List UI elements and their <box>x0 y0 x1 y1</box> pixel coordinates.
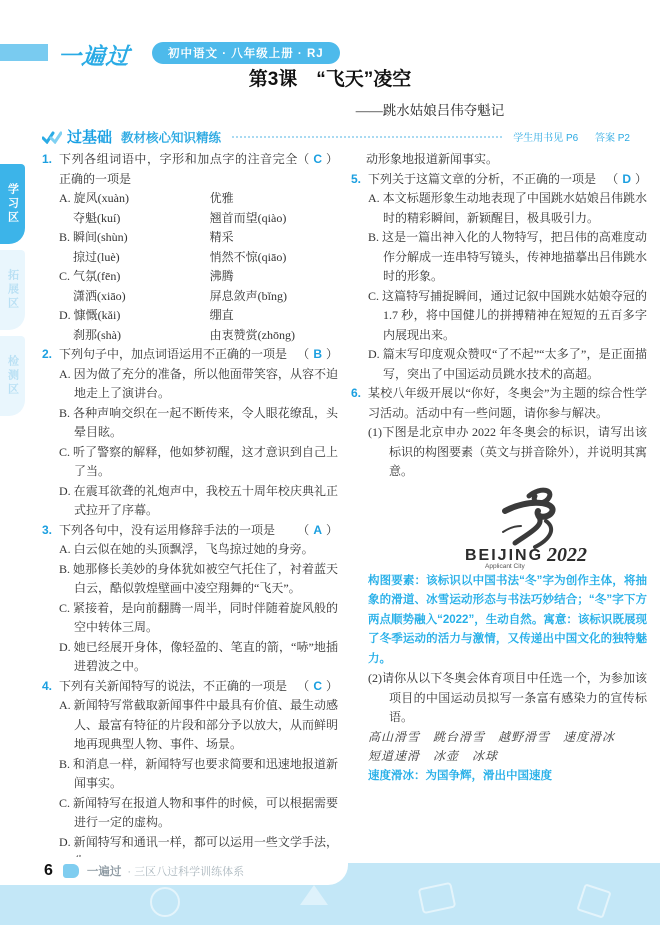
option-b: B. 她那修长美妙的身体犹如被空气托住了，衬着蓝天白云，酷似敦煌壁画中凌空翔舞的… <box>59 560 338 599</box>
option-row: 潇洒(xiāo)屏息敛声(bǐng) <box>59 287 338 307</box>
section-desc: 教材核心知识精练 <box>121 128 221 146</box>
option-b: B. 和消息一样，新闻特写也要求简要和迅速地报道新闻事实。 <box>59 755 338 794</box>
sidebar-tab-test-zone: 检测区 <box>0 336 25 416</box>
option-row: D. 慷慨(kǎi)绷直 <box>59 306 338 326</box>
question-4-continuation: 动形象地报道新闻事实。 <box>351 150 647 170</box>
header-decor-strip <box>0 44 48 61</box>
option-a: A. 新闻特写常截取新闻事件中最具有价值、最生动感人、最富有特征的片段和部分予以… <box>59 696 338 755</box>
sports-list-line-2: 短道速滑 冰壶 冰球 <box>368 747 647 767</box>
printed-answer-1: 构图要素：该标识以中国书法“冬”字为创作主体，将抽象的滑道、冰雪运动形态与书法巧… <box>368 572 647 670</box>
option-row: B. 瞬间(shùn)精采 <box>59 228 338 248</box>
option-d: D. 篇末写印度观众赞叹“了不起”“太多了”，是正面描写，突出了中国运动员跳水技… <box>368 345 647 384</box>
doodle-book <box>418 882 457 915</box>
answer-label: 答案 <box>595 133 615 144</box>
lesson-subtitle: ——跳水姑娘吕伟夺魁记 <box>0 99 660 119</box>
sidebar-tab-study-zone: 学习区 <box>0 164 25 244</box>
option-c: C. 这篇特写捕捉瞬间，通过记叙中国跳水姑娘夺冠的 1.7 秒，将中国健儿的拼搏… <box>368 287 647 346</box>
question-number: 5. <box>351 170 361 190</box>
question-6-part-1: (1)下图是北京申办 2022 年冬奥会的标识，请写出该标识的构图要素（英文与拼… <box>368 423 647 482</box>
question-1: 1. （C） 下列各组词语中，字形和加点字的注音完全正确的一项是 A. 旋风(x… <box>42 150 338 345</box>
question-stem: （A） 下列各句中，没有运用修辞手法的一项是 <box>59 521 338 541</box>
lesson-title: 第3课 “飞天”凌空 <box>0 64 660 91</box>
answer-choice: （B） <box>297 345 338 365</box>
doodle-circle <box>150 887 180 917</box>
question-6-part-2: (2)请你从以下冬奥会体育项目中任选一个，为参加该项目的中国运动员拟写一条富有感… <box>368 669 647 728</box>
right-column: 动形象地报道新闻事实。 5. （D） 下列关于这篇文章的分析，不正确的一项是 A… <box>351 150 647 859</box>
printed-answer-2: 速度滑冰：为国争辉，滑出中国速度 <box>368 767 647 787</box>
question-3: 3. （A） 下列各句中，没有运用修辞手法的一项是 A. 白云似在她的头顶飘浮，… <box>42 521 338 677</box>
dotted-leader <box>232 135 502 138</box>
option-row: C. 气氛(fēn)沸腾 <box>59 267 338 287</box>
option-d: D. 在震耳欲聋的礼炮声中，我校五十周年校庆典礼正式拉开了序幕。 <box>59 482 338 521</box>
brand-mark-icon <box>63 864 79 878</box>
question-number: 3. <box>42 521 52 541</box>
question-6: 6. 某校八年级开展以“你好，冬奥会”为主题的综合性学习活动。活动中有一些问题，… <box>351 384 647 786</box>
question-5: 5. （D） 下列关于这篇文章的分析，不正确的一项是 A. 本文标题形象生动地表… <box>351 170 647 385</box>
doodle-triangle <box>300 885 328 905</box>
option-d: D. 她已经展开身体，像轻盈的、笔直的箭，“哧”地插进碧波之中。 <box>59 638 338 677</box>
section-title: 过基础 <box>67 126 112 147</box>
lesson-subtitle-text: ——跳水姑娘吕伟夺魁记 <box>356 99 505 119</box>
student-book-page: P6 <box>566 133 578 144</box>
answer-choice: （C） <box>297 677 338 697</box>
question-4: 4. （C） 下列有关新闻特写的说法，不正确的一项是 A. 新闻特写常截取新闻事… <box>42 677 338 872</box>
question-stem: （C） 下列各组词语中，字形和加点字的注音完全正确的一项是 <box>59 150 338 189</box>
option-b: B. 这是一篇出神入化的人物特写，把吕伟的高难度动作分解成一连串特写镜头，传神地… <box>368 228 647 287</box>
beijing-2022-bid-logo: BEIJING 2022 Applicant City <box>368 482 647 572</box>
footer-tab: 6 一遍过 · 三区八过科学训练体系 <box>0 857 348 885</box>
page-number: 6 <box>44 862 53 880</box>
option-a: A. 白云似在她的头顶飘浮，飞鸟掠过她的身旁。 <box>59 540 338 560</box>
question-number: 2. <box>42 345 52 365</box>
option-row: 掠过(luè)悄然不惊(qiāo) <box>59 248 338 268</box>
answer-choice: （C） <box>297 150 338 170</box>
workbook-page: 学习区 拓展区 检测区 一遍过 初中语文 · 八年级上册 · RJ 第3课 “飞… <box>0 0 660 925</box>
question-number: 1. <box>42 150 52 170</box>
question-stem: （C） 下列有关新闻特写的说法，不正确的一项是 <box>59 677 338 697</box>
doodle-square <box>576 883 611 918</box>
answer-choice: （D） <box>606 170 647 190</box>
question-number: 6. <box>351 384 361 404</box>
subject-badge: 初中语文 · 八年级上册 · RJ <box>152 42 340 64</box>
question-2: 2. （B） 下列句子中，加点词语运用不正确的一项是 A. 因为做了充分的准备，… <box>42 345 338 521</box>
question-number: 4. <box>42 677 52 697</box>
left-column: 1. （C） 下列各组词语中，字形和加点字的注音完全正确的一项是 A. 旋风(x… <box>42 150 338 859</box>
option-c: C. 新闻特写在报道人物和事件的时候，可以根据需要进行一定的虚构。 <box>59 794 338 833</box>
student-book-label: 学生用书见 <box>513 133 563 144</box>
option-row: A. 旋风(xuàn)优雅 <box>59 189 338 209</box>
page-references: 学生用书见 P6 答案 P2 <box>513 129 644 144</box>
double-check-icon <box>42 130 62 144</box>
footer-slogan: · 三区八过科学训练体系 <box>127 863 244 879</box>
exercise-content: 1. （C） 下列各组词语中，字形和加点字的注音完全正确的一项是 A. 旋风(x… <box>42 150 647 859</box>
option-row: 夺魁(kuí)翘首而望(qiào) <box>59 209 338 229</box>
answer-page: P2 <box>618 133 630 144</box>
option-row: 刹那(shà)由衷赞赏(zhōng) <box>59 326 338 346</box>
sports-list-line-1: 高山滑雪 跳台滑雪 越野滑雪 速度滑冰 <box>368 728 647 748</box>
section-bar: 过基础 教材核心知识精练 学生用书见 P6 答案 P2 <box>42 126 644 147</box>
question-stem: 某校八年级开展以“你好，冬奥会”为主题的综合性学习活动。活动中有一些问题，请你参… <box>368 384 647 423</box>
option-a: A. 因为做了充分的准备，所以他面带笑容，从容不迫地走上了演讲台。 <box>59 365 338 404</box>
option-c: C. 紧接着，是向前翻腾一周半，同时伴随着旋风般的空中转体三周。 <box>59 599 338 638</box>
logo-applicant-city-text: Applicant City <box>485 563 525 570</box>
question-stem: （D） 下列关于这篇文章的分析，不正确的一项是 <box>368 170 647 190</box>
question-stem: （B） 下列句子中，加点词语运用不正确的一项是 <box>59 345 338 365</box>
answer-choice: （A） <box>297 521 338 541</box>
option-a: A. 本文标题形象生动地表现了中国跳水姑娘吕伟跳水时的精彩瞬间，新颖醒目，极具吸… <box>368 189 647 228</box>
option-b: B. 各种声响交织在一起不断传来，令人眼花缭乱，头晕目眩。 <box>59 404 338 443</box>
option-c: C. 听了警察的解释，他如梦初醒，这才意识到自己上了当。 <box>59 443 338 482</box>
logo-year-text: 2022 <box>546 544 587 566</box>
footer-brand: 一遍过 <box>87 863 122 879</box>
sidebar-tab-extend-zone: 拓展区 <box>0 250 25 330</box>
logo-beijing-text: BEIJING <box>465 547 543 564</box>
